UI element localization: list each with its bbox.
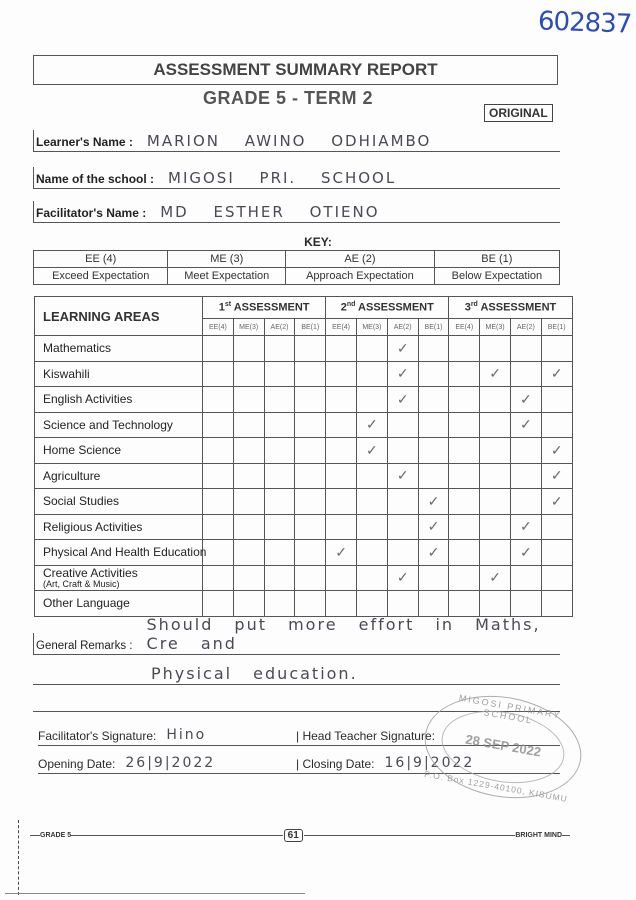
group-label: ASSESSMENT <box>478 302 556 314</box>
checkmark-icon: ✓ <box>489 365 501 381</box>
learning-area-label: Creative Activities <box>43 566 138 580</box>
rating-cell <box>418 463 449 489</box>
rating-cell <box>203 514 234 540</box>
learning-area-label: English Activities <box>43 392 132 406</box>
learning-areas-header: LEARNING AREAS <box>35 297 203 336</box>
checkmark-icon: ✓ <box>335 544 347 560</box>
checkmark-icon: ✓ <box>489 569 501 585</box>
rating-column-header: BE(1) <box>295 319 326 336</box>
learning-area-name: Other Language <box>35 591 203 617</box>
rating-cell <box>480 463 511 489</box>
rating-cell <box>418 387 449 413</box>
key-code: EE (4) <box>34 251 168 268</box>
rating-cell <box>233 336 264 362</box>
footer-rule <box>562 835 570 836</box>
learning-area-label: Science and Technology <box>43 418 173 432</box>
rating-cell <box>356 336 387 362</box>
page-footer: GRADE 5 61 BRIGHT MIND <box>30 828 570 842</box>
rating-column-header: ME(3) <box>233 319 264 336</box>
rating-cell: ✓ <box>387 387 418 413</box>
head-teacher-signature-label: | Head Teacher Signature: <box>296 729 435 743</box>
school-stamp: MIGOSI PRIMARY SCHOOL 28 SEP 2022 P.O. B… <box>417 684 590 810</box>
rating-column-header: AE(2) <box>510 319 541 336</box>
checkmark-icon: ✓ <box>366 416 378 432</box>
rating-cell <box>510 591 541 617</box>
checkmark-icon: ✓ <box>397 467 409 483</box>
rating-cell: ✓ <box>541 438 572 464</box>
rating-cell: ✓ <box>510 387 541 413</box>
rating-cell <box>233 540 264 566</box>
rating-cell <box>356 387 387 413</box>
rating-cell <box>264 591 295 617</box>
learning-area-row: Kiswahili✓✓✓ <box>35 361 573 387</box>
group-ordinal: rd <box>471 301 478 308</box>
footer-grade: GRADE 5 <box>40 832 71 839</box>
checkmark-icon: ✓ <box>551 365 563 381</box>
rating-cell <box>233 361 264 387</box>
checkmark-icon: ✓ <box>520 518 532 534</box>
rating-cell <box>387 412 418 438</box>
rating-cell <box>264 412 295 438</box>
learning-area-row: English Activities✓✓ <box>35 387 573 413</box>
margin-dash-line <box>18 820 19 895</box>
checkmark-icon: ✓ <box>397 569 409 585</box>
group-label: ASSESSMENT <box>355 302 433 314</box>
rating-cell <box>480 412 511 438</box>
rating-cell <box>326 591 357 617</box>
learning-area-sublabel: (Art, Craft & Music) <box>43 579 202 589</box>
rating-cell <box>203 438 234 464</box>
rating-cell: ✓ <box>510 514 541 540</box>
footer-rule <box>71 835 283 836</box>
rating-cell: ✓ <box>541 463 572 489</box>
footer-brand: BRIGHT MIND <box>515 832 562 839</box>
rating-cell <box>203 361 234 387</box>
rating-cell <box>233 387 264 413</box>
rating-cell <box>233 514 264 540</box>
learning-area-name: Mathematics <box>35 336 203 362</box>
rating-cell: ✓ <box>418 489 449 515</box>
bottom-rule <box>5 893 305 894</box>
rating-cell <box>387 438 418 464</box>
rating-column-header: BE(1) <box>418 319 449 336</box>
learning-area-name: Physical And Health Education <box>35 540 203 566</box>
rating-cell <box>233 489 264 515</box>
rating-cell <box>295 489 326 515</box>
rating-cell <box>295 591 326 617</box>
learning-area-row: Social Studies✓✓ <box>35 489 573 515</box>
rating-cell <box>264 514 295 540</box>
rating-cell <box>264 387 295 413</box>
rating-cell <box>418 438 449 464</box>
rating-cell <box>295 540 326 566</box>
learning-area-row: Mathematics✓ <box>35 336 573 362</box>
learning-area-label: Kiswahili <box>43 367 90 381</box>
rating-cell <box>295 361 326 387</box>
learning-area-name: Kiswahili <box>35 361 203 387</box>
key-code: BE (1) <box>434 251 559 268</box>
learning-area-row: Home Science✓✓ <box>35 438 573 464</box>
rating-cell <box>541 336 572 362</box>
rating-cell <box>449 565 480 591</box>
rating-cell <box>233 565 264 591</box>
assessment-group-header: 2nd ASSESSMENT <box>326 297 449 319</box>
learning-area-row: Creative Activities(Art, Craft & Music)✓… <box>35 565 573 591</box>
school-name-label: Name of the school : <box>34 172 154 188</box>
learning-area-name: Creative Activities(Art, Craft & Music) <box>35 565 203 591</box>
rating-cell <box>233 412 264 438</box>
rating-cell <box>480 514 511 540</box>
rating-cell <box>264 336 295 362</box>
assessment-table: LEARNING AREAS 1st ASSESSMENT2nd ASSESSM… <box>34 296 573 617</box>
group-label: ASSESSMENT <box>231 302 309 314</box>
rating-cell <box>264 361 295 387</box>
rating-cell <box>449 591 480 617</box>
rating-cell <box>449 463 480 489</box>
rating-column-header: EE(4) <box>449 319 480 336</box>
checkmark-icon: ✓ <box>428 518 440 534</box>
rating-cell <box>541 540 572 566</box>
learner-name-row: Learner's Name : MARION AWINO ODHIAMBO <box>33 130 560 152</box>
general-remarks-row: General Remarks : Should put more effort… <box>33 633 560 655</box>
checkmark-icon: ✓ <box>520 544 532 560</box>
rating-cell: ✓ <box>326 540 357 566</box>
assessment-group-header: 1st ASSESSMENT <box>203 297 326 319</box>
rating-cell <box>449 387 480 413</box>
rating-cell: ✓ <box>418 540 449 566</box>
checkmark-icon: ✓ <box>366 442 378 458</box>
rating-cell <box>510 361 541 387</box>
rating-cell: ✓ <box>510 540 541 566</box>
checkmark-icon: ✓ <box>397 340 409 356</box>
footer-rule <box>30 835 40 836</box>
learning-area-label: Agriculture <box>43 469 100 483</box>
general-remarks-line: Physical education. <box>33 663 560 685</box>
rating-cell <box>203 336 234 362</box>
rating-cell <box>295 438 326 464</box>
learning-area-name: English Activities <box>35 387 203 413</box>
rating-column-header: BE(1) <box>541 319 572 336</box>
checkmark-icon: ✓ <box>551 467 563 483</box>
opening-date: Opening Date: 26|9|2022 <box>38 755 296 773</box>
rating-cell <box>449 438 480 464</box>
closing-date-label: | Closing Date: <box>296 757 375 771</box>
checkmark-icon: ✓ <box>397 365 409 381</box>
rating-cell: ✓ <box>480 361 511 387</box>
rating-column-header: EE(4) <box>203 319 234 336</box>
rating-cell <box>264 438 295 464</box>
rating-cell <box>510 463 541 489</box>
rating-cell <box>356 514 387 540</box>
rating-cell <box>449 336 480 362</box>
rating-cell <box>295 565 326 591</box>
facilitator-signature: Facilitator's Signature: Hino <box>38 727 296 745</box>
rating-cell <box>356 540 387 566</box>
rating-cell <box>203 489 234 515</box>
handwritten-doc-number: 602837 <box>538 6 632 39</box>
rating-cell <box>449 412 480 438</box>
rating-cell: ✓ <box>541 361 572 387</box>
facilitator-signature-value: Hino <box>166 727 206 743</box>
rating-cell: ✓ <box>418 514 449 540</box>
rating-cell <box>480 591 511 617</box>
rating-cell <box>510 438 541 464</box>
rating-column-header: AE(2) <box>387 319 418 336</box>
learning-area-row: Science and Technology✓✓ <box>35 412 573 438</box>
rating-cell: ✓ <box>387 463 418 489</box>
rating-cell <box>418 412 449 438</box>
general-remarks-line-1: Should put more effort in Maths, Cre and <box>147 615 560 654</box>
learner-name-value: MARION AWINO ODHIAMBO <box>147 132 431 151</box>
rating-cell <box>326 412 357 438</box>
rating-cell <box>510 565 541 591</box>
key-heading: KEY: <box>0 235 636 249</box>
facilitator-name-value: MD ESTHER OTIENO <box>160 203 379 222</box>
rating-column-header: AE(2) <box>264 319 295 336</box>
assessment-group-header: 3rd ASSESSMENT <box>449 297 572 319</box>
original-badge: ORIGINAL <box>484 104 553 122</box>
learning-area-label: Social Studies <box>43 494 119 508</box>
checkmark-icon: ✓ <box>428 493 440 509</box>
facilitator-signature-label: Facilitator's Signature: <box>38 729 156 743</box>
rating-cell <box>356 591 387 617</box>
footer-rule <box>304 835 516 836</box>
rating-cell <box>418 336 449 362</box>
rating-cell <box>387 540 418 566</box>
rating-cell <box>387 591 418 617</box>
rating-cell <box>449 489 480 515</box>
rating-cell: ✓ <box>387 336 418 362</box>
rating-cell <box>387 489 418 515</box>
rating-cell <box>356 361 387 387</box>
learning-area-row: Physical And Health Education✓✓✓ <box>35 540 573 566</box>
key-description: Approach Expectation <box>286 268 435 285</box>
rating-cell <box>326 387 357 413</box>
rating-cell: ✓ <box>387 361 418 387</box>
learning-area-row: Other Language <box>35 591 573 617</box>
rating-cell: ✓ <box>356 438 387 464</box>
rating-cell <box>264 565 295 591</box>
rating-cell <box>295 514 326 540</box>
rating-cell <box>480 540 511 566</box>
learning-area-row: Religious Activities✓✓ <box>35 514 573 540</box>
rating-cell: ✓ <box>480 565 511 591</box>
rating-cell <box>295 412 326 438</box>
rating-cell <box>326 565 357 591</box>
rating-cell <box>203 463 234 489</box>
learning-area-label: Home Science <box>43 443 121 457</box>
rating-cell <box>356 565 387 591</box>
report-title: ASSESSMENT SUMMARY REPORT <box>33 55 558 85</box>
rating-cell <box>541 412 572 438</box>
rating-cell <box>449 514 480 540</box>
key-code: ME (3) <box>168 251 286 268</box>
key-description: Below Expectation <box>434 268 559 285</box>
rating-cell <box>449 540 480 566</box>
rating-cell <box>326 438 357 464</box>
checkmark-icon: ✓ <box>520 391 532 407</box>
rating-cell <box>203 540 234 566</box>
learning-area-row: Agriculture✓✓ <box>35 463 573 489</box>
rating-cell <box>264 540 295 566</box>
learning-area-label: Religious Activities <box>43 520 142 534</box>
opening-date-value: 26|9|2022 <box>125 755 215 771</box>
rating-cell <box>295 336 326 362</box>
page-number: 61 <box>284 829 303 842</box>
learning-area-name: Agriculture <box>35 463 203 489</box>
rating-cell <box>418 361 449 387</box>
rating-cell <box>295 387 326 413</box>
key-table: EE (4) ME (3) AE (2) BE (1) Exceed Expec… <box>33 250 560 285</box>
learning-area-name: Religious Activities <box>35 514 203 540</box>
rating-cell <box>233 463 264 489</box>
rating-cell: ✓ <box>356 412 387 438</box>
rating-cell <box>480 387 511 413</box>
learning-area-label: Mathematics <box>43 341 111 355</box>
rating-cell <box>541 514 572 540</box>
checkmark-icon: ✓ <box>397 391 409 407</box>
school-name-row: Name of the school : MIGOSI PRI. SCHOOL <box>33 167 560 189</box>
rating-cell: ✓ <box>510 412 541 438</box>
rating-cell <box>326 489 357 515</box>
key-description: Exceed Expectation <box>34 268 168 285</box>
rating-cell <box>203 412 234 438</box>
checkmark-icon: ✓ <box>551 442 563 458</box>
checkmark-icon: ✓ <box>428 544 440 560</box>
rating-cell <box>480 438 511 464</box>
school-name-value: MIGOSI PRI. SCHOOL <box>168 169 396 188</box>
rating-column-header: EE(4) <box>326 319 357 336</box>
key-description: Meet Expectation <box>168 268 286 285</box>
facilitator-name-label: Facilitator's Name : <box>34 206 146 222</box>
rating-cell <box>480 336 511 362</box>
rating-cell <box>510 336 541 362</box>
learning-area-name: Home Science <box>35 438 203 464</box>
learning-area-name: Social Studies <box>35 489 203 515</box>
rating-cell <box>233 438 264 464</box>
learning-area-name: Science and Technology <box>35 412 203 438</box>
rating-cell <box>326 336 357 362</box>
rating-cell <box>203 565 234 591</box>
rating-cell <box>233 591 264 617</box>
rating-cell <box>326 514 357 540</box>
rating-cell <box>510 489 541 515</box>
rating-cell <box>541 565 572 591</box>
rating-cell <box>387 514 418 540</box>
checkmark-icon: ✓ <box>551 493 563 509</box>
rating-cell <box>203 387 234 413</box>
learning-area-label: Other Language <box>43 596 130 610</box>
rating-cell <box>541 387 572 413</box>
rating-cell <box>326 361 357 387</box>
rating-cell <box>356 489 387 515</box>
rating-cell: ✓ <box>387 565 418 591</box>
key-code: AE (2) <box>286 251 435 268</box>
rating-column-header: ME(3) <box>356 319 387 336</box>
rating-cell <box>418 591 449 617</box>
rating-cell <box>449 361 480 387</box>
facilitator-name-row: Facilitator's Name : MD ESTHER OTIENO <box>33 201 560 223</box>
rating-column-header: ME(3) <box>480 319 511 336</box>
general-remarks-line-2: Physical education. <box>151 664 358 684</box>
rating-cell <box>356 463 387 489</box>
rating-cell <box>480 489 511 515</box>
rating-cell <box>264 489 295 515</box>
opening-date-label: Opening Date: <box>38 757 115 771</box>
rating-cell <box>203 591 234 617</box>
rating-cell <box>264 463 295 489</box>
checkmark-icon: ✓ <box>520 416 532 432</box>
rating-cell: ✓ <box>541 489 572 515</box>
rating-cell <box>295 463 326 489</box>
rating-cell <box>541 591 572 617</box>
learning-area-label: Physical And Health Education <box>43 545 206 559</box>
general-remarks-label: General Remarks : <box>34 640 133 654</box>
rating-cell <box>418 565 449 591</box>
learner-name-label: Learner's Name : <box>34 135 133 151</box>
rating-cell <box>326 463 357 489</box>
